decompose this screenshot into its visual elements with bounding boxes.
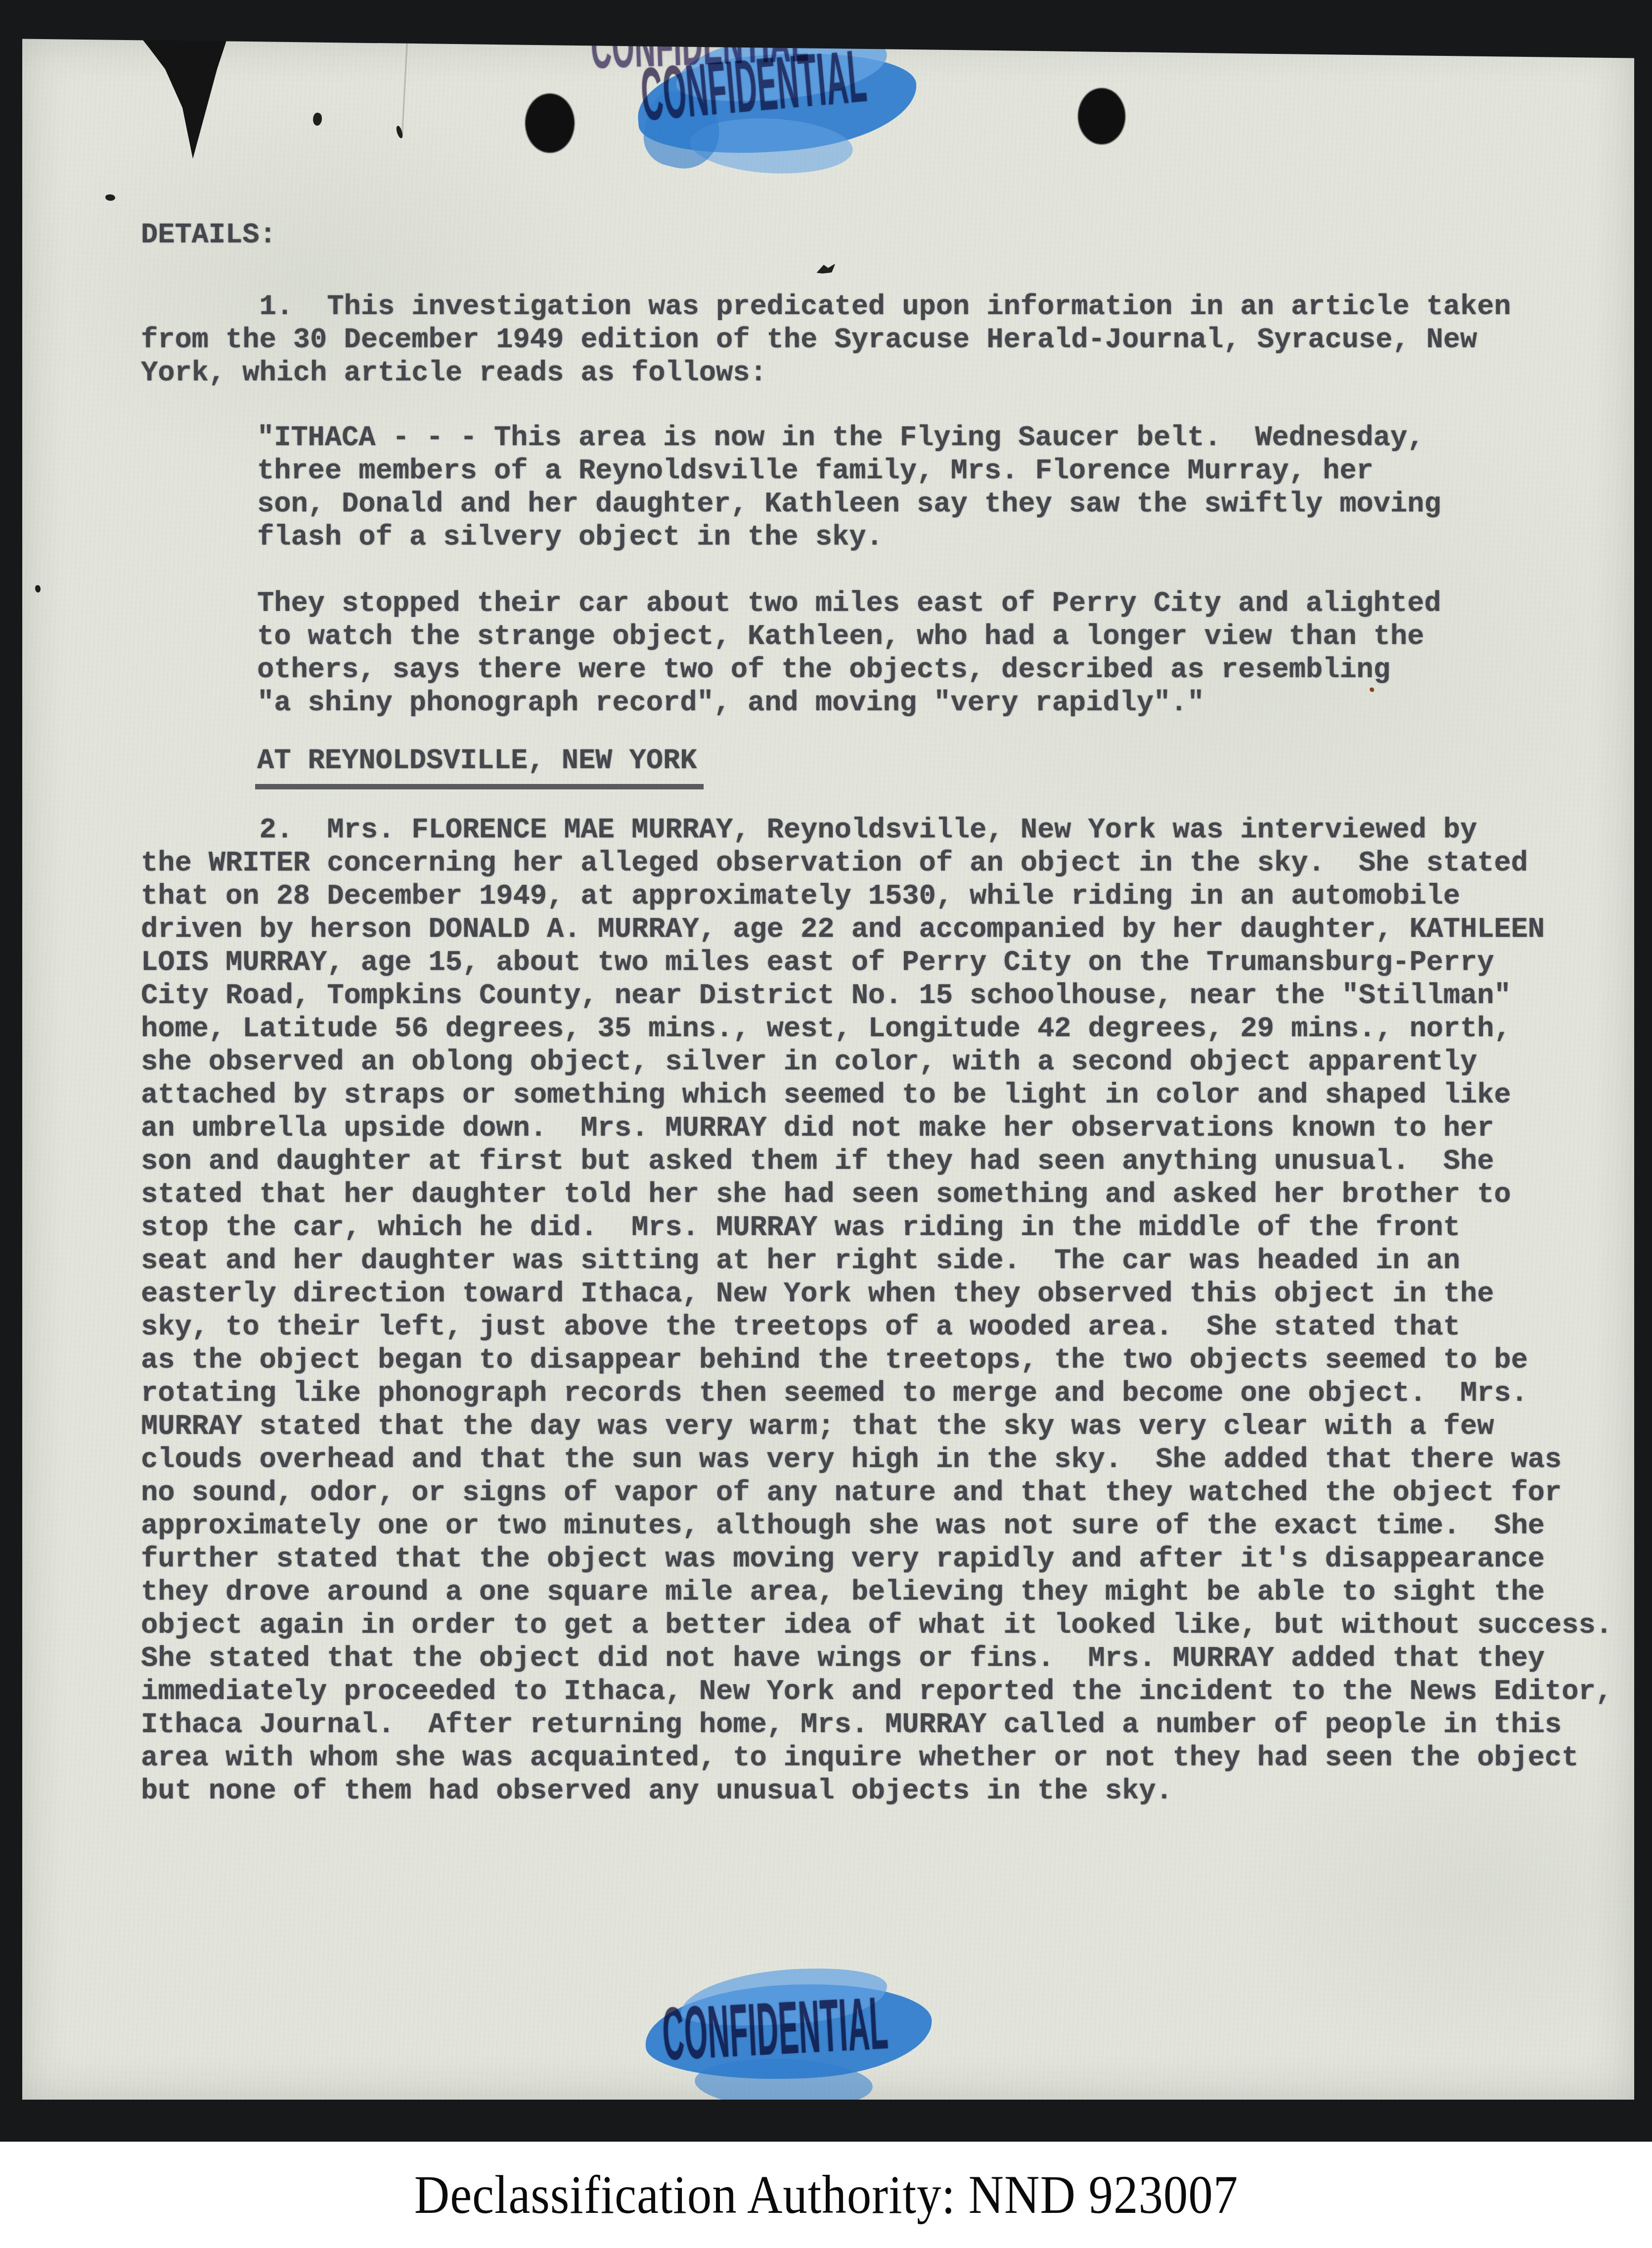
scanned-document-page: CONFIDENTIAL CONFIDENTIAL DETAILS: 1. Th…	[0, 0, 1652, 2248]
declassification-text: Declassification Authority: NND 923007	[414, 2163, 1238, 2226]
ink-speck	[105, 194, 115, 201]
paragraph-2: 2. Mrs. FLORENCE MAE MURRAY, Reynoldsvil…	[141, 814, 1612, 1808]
quoted-article-paragraph-1: "ITHACA - - - This area is now in the Fl…	[257, 422, 1441, 554]
hole-punch-left	[525, 93, 575, 153]
ink-speck	[815, 261, 838, 277]
paragraph-1: 1. This investigation was predicated upo…	[141, 291, 1511, 390]
ink-speck	[35, 585, 41, 593]
ink-speck	[312, 112, 323, 127]
section-heading-text: AT REYNOLDSVILLE, NEW YORK	[255, 745, 704, 789]
quoted-article-paragraph-2: They stopped their car about two miles e…	[257, 588, 1441, 720]
torn-paper-notch	[141, 39, 227, 159]
confidential-stamp-bottom: CONFIDENTIAL	[660, 1980, 890, 2077]
details-label: DETAILS:	[141, 219, 276, 252]
paper-sheet: CONFIDENTIAL CONFIDENTIAL DETAILS: 1. Th…	[22, 39, 1634, 2100]
hole-punch-right	[1078, 88, 1125, 144]
declassification-banner: Declassification Authority: NND 923007	[0, 2142, 1652, 2248]
section-heading: AT REYNOLDSVILLE, NEW YORK	[257, 745, 704, 789]
paper-crease	[402, 39, 408, 138]
